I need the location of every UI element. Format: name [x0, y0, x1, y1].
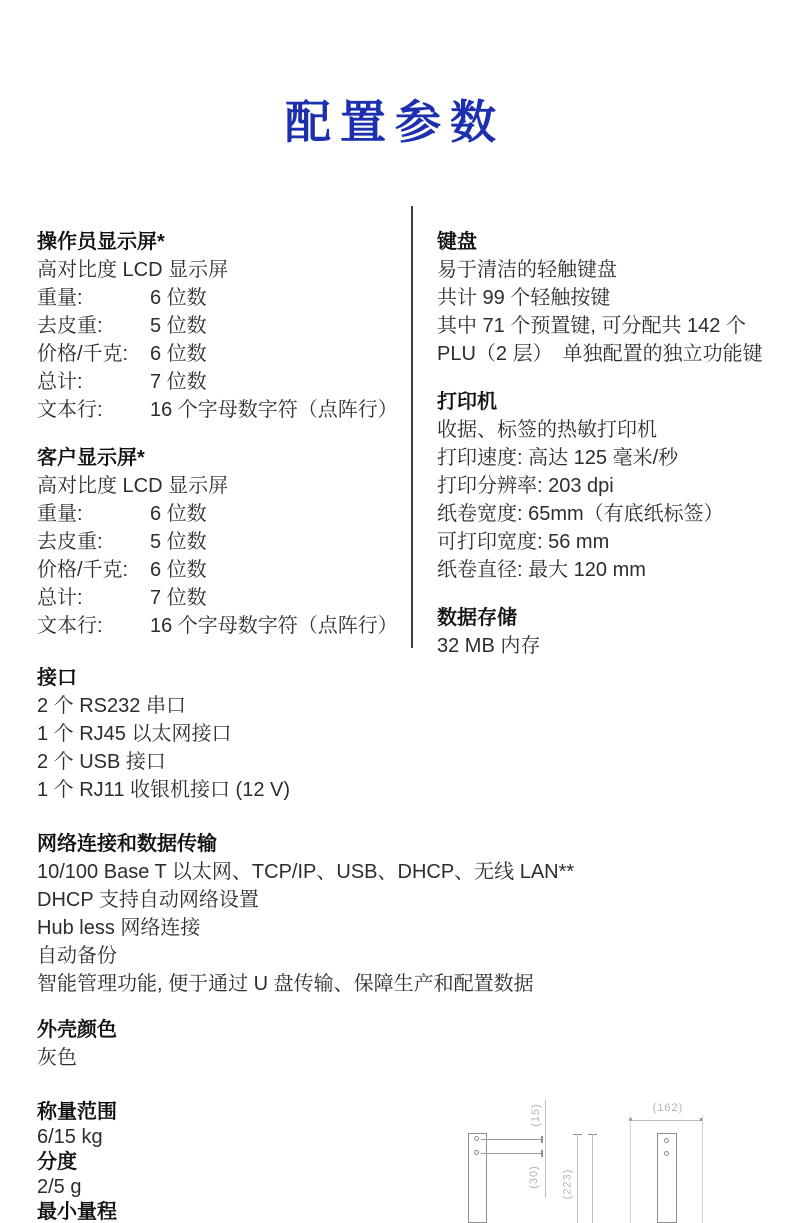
leader-line: [481, 1153, 543, 1154]
spec-label: 价格/千克:: [37, 556, 150, 584]
spec-label: 文本行:: [37, 612, 150, 640]
heading-customer-display: 客户显示屏*: [37, 444, 409, 472]
spec-line: 10/100 Base T 以太网、TCP/IP、USB、DHCP、无线 LAN…: [37, 858, 657, 886]
spec-value: 16 个字母数字符（点阵行）: [150, 615, 398, 637]
mounting-hole: [664, 1138, 669, 1143]
spec-value: 6 位数: [150, 503, 207, 525]
spec-line: 灰色: [37, 1044, 657, 1072]
spec-value: 5 位数: [150, 531, 207, 553]
spec-line: 打印速度: 高达 125 毫米/秒: [437, 444, 787, 472]
spec-line: 收据、标签的热敏打印机: [437, 416, 787, 444]
spec-row-weight: 重量:6 位数: [37, 500, 409, 528]
heading-operator-display: 操作员显示屏*: [37, 228, 409, 256]
spec-line: 1 个 RJ45 以太网接口: [37, 720, 657, 748]
spec-line: 易于清洁的轻触键盘: [437, 256, 787, 284]
spec-label: 文本行:: [37, 396, 150, 424]
dimension-label-162: (162): [646, 1102, 690, 1114]
spec-value: 7 位数: [150, 371, 207, 393]
section-operator-display: 操作员显示屏* 高对比度 LCD 显示屏 重量:6 位数 去皮重:5 位数 价格…: [37, 228, 409, 424]
heading-network: 网络连接和数据传输: [37, 830, 657, 858]
spec-line: 纸卷直径: 最大 120 mm: [437, 556, 787, 584]
spec-label: 重量:: [37, 500, 150, 528]
spec-row-textline: 文本行:16 个字母数字符（点阵行）: [37, 612, 409, 640]
spec-line: PLU（2 层） 单独配置的独立功能键: [437, 340, 787, 368]
spec-line: 1 个 RJ11 收银机接口 (12 V): [37, 776, 657, 804]
dimension-label-30: (30): [528, 1165, 540, 1189]
spec-line: 其中 71 个预置键, 可分配共 142 个: [437, 312, 787, 340]
spec-value: 5 位数: [150, 315, 207, 337]
spec-label: 价格/千克:: [37, 340, 150, 368]
spec-line: 打印分辨率: 203 dpi: [437, 472, 787, 500]
heading-keyboard: 键盘: [437, 228, 787, 256]
heading-interfaces: 接口: [37, 664, 657, 692]
spec-line: 可打印宽度: 56 mm: [437, 528, 787, 556]
spec-row-total: 总计:7 位数: [37, 368, 409, 396]
dimension-drawing: (15) (30) (223) (162): [440, 1080, 790, 1223]
spec-line: 智能管理功能, 便于通过 U 盘传输、保障生产和配置数据: [37, 970, 657, 998]
spec-sheet-page: 配置参数 操作员显示屏* 高对比度 LCD 显示屏 重量:6 位数 去皮重:5 …: [0, 0, 790, 1223]
spec-value: 6 位数: [150, 287, 207, 309]
mounting-hole: [664, 1151, 669, 1156]
dimension-line-162: [630, 1120, 702, 1121]
heading-printer: 打印机: [437, 388, 787, 416]
column-divider: [411, 206, 413, 648]
left-column: 操作员显示屏* 高对比度 LCD 显示屏 重量:6 位数 去皮重:5 位数 价格…: [37, 228, 409, 640]
dimension-line-223: [577, 1134, 578, 1223]
page-title: 配置参数: [0, 92, 790, 152]
spec-line: 2 个 USB 接口: [37, 748, 657, 776]
section-printer: 打印机 收据、标签的热敏打印机 打印速度: 高达 125 毫米/秒 打印分辨率:…: [437, 388, 787, 584]
heading-data-storage: 数据存储: [437, 604, 787, 632]
extension-line: [630, 1116, 631, 1223]
spec-label: 总计:: [37, 368, 150, 396]
dimension-label-223: (223): [561, 1169, 573, 1200]
section-interfaces: 接口 2 个 RS232 串口 1 个 RJ45 以太网接口 2 个 USB 接…: [37, 664, 657, 804]
post-front-view: [657, 1133, 677, 1223]
section-network: 网络连接和数据传输 10/100 Base T 以太网、TCP/IP、USB、D…: [37, 830, 657, 998]
spec-line: 2 个 RS232 串口: [37, 692, 657, 720]
spec-line: 32 MB 内存: [437, 632, 787, 660]
section-data-storage: 数据存储 32 MB 内存: [437, 604, 787, 660]
mounting-hole: [474, 1150, 479, 1155]
section-customer-display: 客户显示屏* 高对比度 LCD 显示屏 重量:6 位数 去皮重:5 位数 价格/…: [37, 444, 409, 640]
spec-value: 6 位数: [150, 343, 207, 365]
spec-row-price: 价格/千克:6 位数: [37, 556, 409, 584]
leader-line: [481, 1139, 543, 1140]
spec-row-tare: 去皮重:5 位数: [37, 528, 409, 556]
spec-value: 7 位数: [150, 587, 207, 609]
spec-label: 总计:: [37, 584, 150, 612]
spec-line: Hub less 网络连接: [37, 914, 657, 942]
dimension-line-outer: [592, 1134, 593, 1223]
dimension-label-15: (15): [530, 1103, 542, 1127]
spec-line: 自动备份: [37, 942, 657, 970]
spec-row-price: 价格/千克:6 位数: [37, 340, 409, 368]
spec-row-textline: 文本行:16 个字母数字符（点阵行）: [37, 396, 409, 424]
spec-line: DHCP 支持自动网络设置: [37, 886, 657, 914]
extension-line: [702, 1116, 703, 1223]
post-side-view: [468, 1133, 487, 1223]
spec-row-tare: 去皮重:5 位数: [37, 312, 409, 340]
section-keyboard: 键盘 易于清洁的轻触键盘 共计 99 个轻触按键 其中 71 个预置键, 可分配…: [437, 228, 787, 368]
spec-label: 重量:: [37, 284, 150, 312]
right-column: 键盘 易于清洁的轻触键盘 共计 99 个轻触按键 其中 71 个预置键, 可分配…: [437, 228, 787, 660]
spec-label: 去皮重:: [37, 312, 150, 340]
spec-line: 高对比度 LCD 显示屏: [37, 256, 409, 284]
spec-label: 去皮重:: [37, 528, 150, 556]
spec-line: 高对比度 LCD 显示屏: [37, 472, 409, 500]
mounting-hole: [474, 1136, 479, 1141]
dimension-line: [545, 1100, 546, 1198]
spec-row-total: 总计:7 位数: [37, 584, 409, 612]
spec-line: 共计 99 个轻触按键: [437, 284, 787, 312]
dimension-tick: [541, 1150, 543, 1157]
heading-housing-color: 外壳颜色: [37, 1016, 657, 1044]
spec-value: 16 个字母数字符（点阵行）: [150, 399, 398, 421]
dimension-tick: [541, 1136, 543, 1143]
spec-row-weight: 重量:6 位数: [37, 284, 409, 312]
section-housing-color: 外壳颜色 灰色: [37, 1016, 657, 1072]
spec-value: 6 位数: [150, 559, 207, 581]
spec-line: 纸卷宽度: 65mm（有底纸标签）: [437, 500, 787, 528]
